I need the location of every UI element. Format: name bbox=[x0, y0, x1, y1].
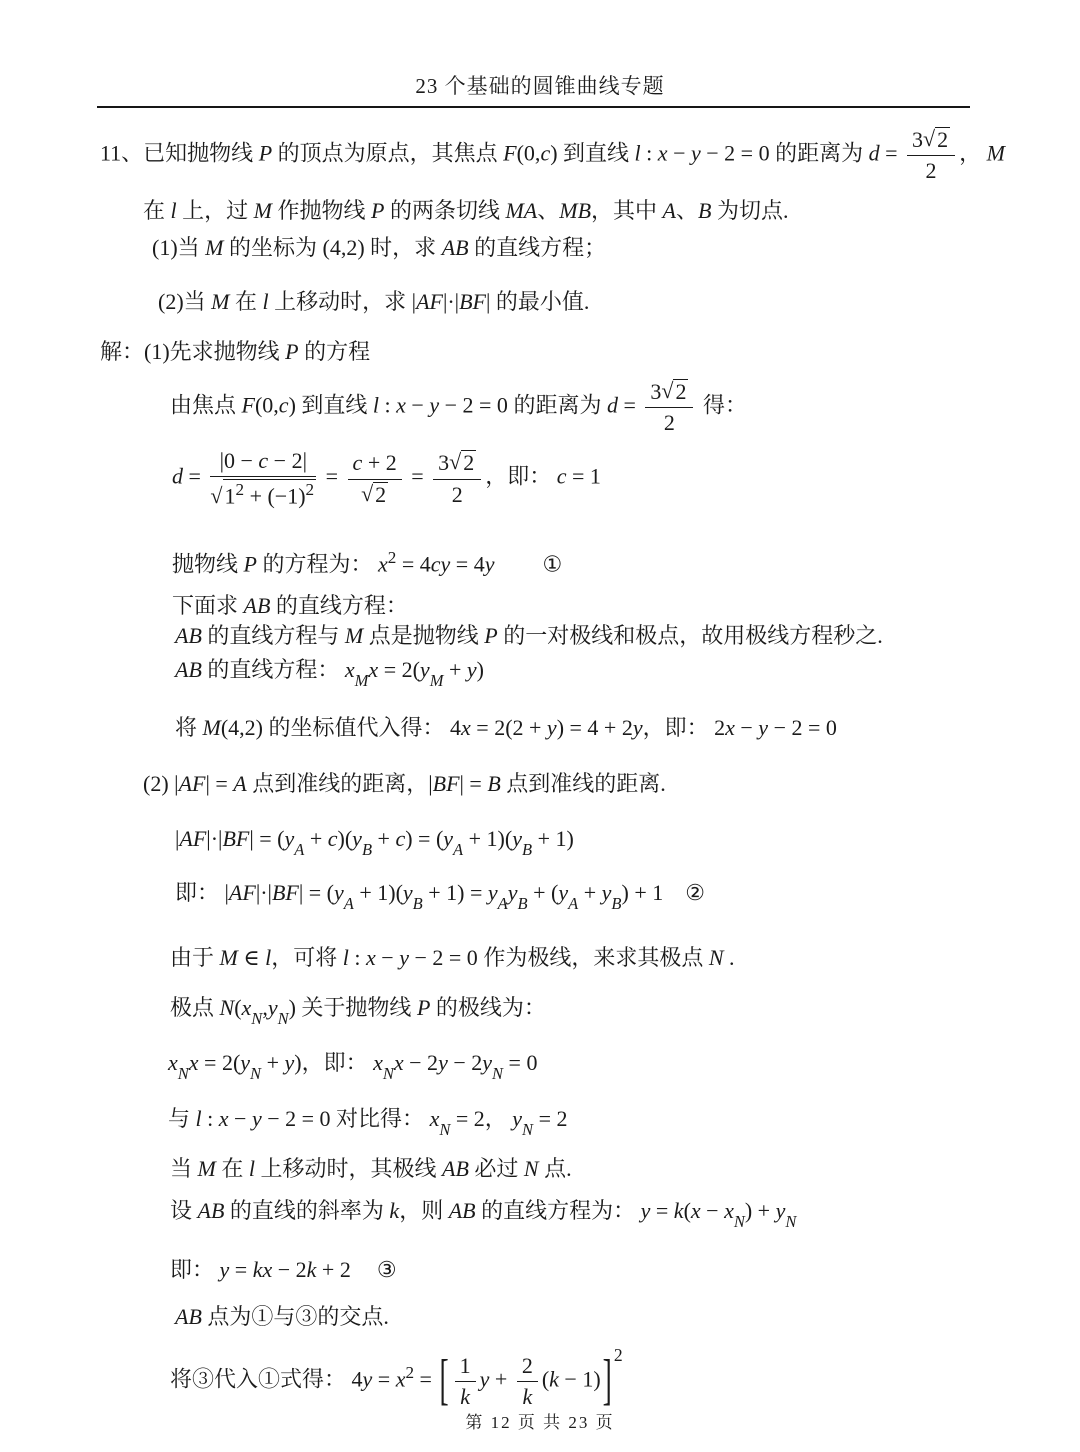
math-roman: ) = ( bbox=[405, 826, 443, 851]
text-run: 的坐标值代入得： bbox=[263, 715, 450, 740]
math-variable: N bbox=[220, 995, 235, 1020]
math-roman: + bbox=[443, 657, 466, 682]
text-run: 必过 bbox=[469, 1156, 524, 1181]
math-subscript: B bbox=[362, 840, 372, 859]
text-run: 由于 bbox=[170, 945, 220, 970]
text-run: 为切点. bbox=[711, 198, 788, 223]
math-subscript: N bbox=[734, 1212, 745, 1231]
math-variable: y bbox=[547, 715, 557, 740]
fraction-denominator: 2 bbox=[645, 408, 693, 436]
text-run: ， bbox=[959, 140, 987, 165]
text-run: ，可将 bbox=[271, 945, 343, 970]
math-roman: + ( bbox=[528, 880, 559, 905]
fraction-denominator: k bbox=[517, 1382, 538, 1410]
math-variable: AB bbox=[175, 1304, 202, 1329]
math-roman: ( bbox=[234, 995, 241, 1020]
math-subscript: N bbox=[251, 1009, 262, 1028]
problem-11-part2: (2)当 M 在 l 上移动时，求 |AF|·|BF| 的最小值. bbox=[158, 287, 589, 317]
solution-heading: 解：(1)先求抛物线 P 的方程 bbox=[100, 337, 370, 367]
polar-line-note: AB 的直线方程与 M 点是抛物线 P 的一对极线和极点，故用极线方程秒之. bbox=[175, 621, 883, 651]
find-ab-intro: 下面求 AB 的直线方程： bbox=[172, 591, 408, 621]
math-variable: c bbox=[395, 826, 405, 851]
math-fraction: 1k bbox=[455, 1352, 476, 1411]
math-roman: = bbox=[183, 464, 206, 489]
math-roman: − 2 bbox=[272, 1257, 306, 1282]
text-run: 到直线 bbox=[296, 392, 373, 417]
fraction-numerator: 1 bbox=[455, 1352, 476, 1382]
math-variable: M bbox=[205, 235, 223, 260]
math-subscript: B bbox=[518, 894, 528, 913]
text-run: 上移动时，其极线 bbox=[255, 1156, 442, 1181]
math-roman: . bbox=[724, 945, 735, 970]
math-variable: AB bbox=[442, 235, 469, 260]
solution-distance-equation: d = |0 − c − 2|√12 + (−1)2 = c + 2√2 = 3… bbox=[172, 447, 601, 510]
text-run: 得： bbox=[697, 392, 747, 417]
math-roman: 2 bbox=[522, 1353, 533, 1378]
text-run: ，即： bbox=[643, 715, 715, 740]
text-run: 极点 bbox=[170, 995, 220, 1020]
math-variable: kx bbox=[253, 1257, 273, 1282]
substitute-3-into-1: 将③代入①式得： 4y = x2 = [1ky + 2k(k − 1)]2 bbox=[170, 1340, 623, 1411]
af-bf-product: |AF|·|BF| = (yA + c)(yB + c) = (yA + 1)(… bbox=[175, 824, 574, 865]
text-run: 在 bbox=[143, 198, 171, 223]
math-roman: 2 bbox=[452, 482, 463, 507]
fraction-numerator: 3√2 bbox=[645, 378, 693, 408]
math-variable: k bbox=[460, 1384, 470, 1409]
fraction-denominator: √2 bbox=[348, 480, 402, 508]
math-roman: 1 bbox=[225, 484, 236, 509]
math-subscript: N bbox=[492, 1064, 503, 1083]
math-roman: − 1) bbox=[559, 1367, 601, 1392]
math-subscript: M bbox=[355, 671, 369, 690]
math-roman: 3 bbox=[912, 127, 923, 152]
math-roman: = bbox=[618, 392, 641, 417]
math-variable: F bbox=[242, 392, 255, 417]
math-variable: N bbox=[709, 945, 724, 970]
radicand: 2 bbox=[461, 450, 476, 476]
math-roman: + 1)( bbox=[463, 826, 512, 851]
math-roman: + 1) bbox=[532, 826, 574, 851]
ab-line-with-slope: 设 AB 的直线的斜率为 k，则 AB 的直线方程为： y = k(x − xN… bbox=[170, 1196, 796, 1237]
polar-pole-setup: 由于 M ∈ l，可将 l : x − y − 2 = 0 作为极线，来求其极点… bbox=[170, 943, 735, 973]
math-variable: M bbox=[345, 623, 363, 648]
fraction-numerator: 3√2 bbox=[907, 126, 955, 156]
math-variable: y bbox=[429, 392, 439, 417]
math-roman: = 2 bbox=[533, 1106, 567, 1131]
text-run: 由焦点 bbox=[170, 392, 242, 417]
math-roman: = 2( bbox=[378, 657, 420, 682]
math-variable: P bbox=[244, 552, 257, 577]
math-roman: + bbox=[372, 826, 395, 851]
text-run: 的距离为 bbox=[770, 140, 869, 165]
math-roman: − 2 = 0 bbox=[439, 392, 508, 417]
math-variable: A bbox=[233, 771, 246, 796]
math-variable: x bbox=[691, 1198, 701, 1223]
text-run: 的一对极线和极点，故用极线方程秒之. bbox=[498, 623, 883, 648]
solution-distance-setup: 由焦点 F(0,c) 到直线 l : x − y − 2 = 0 的距离为 d … bbox=[170, 378, 747, 437]
math-roman: ) bbox=[477, 657, 484, 682]
math-variable: B bbox=[698, 198, 711, 223]
math-roman: + 2 bbox=[362, 450, 396, 475]
math-exponent: 2 bbox=[614, 1345, 623, 1365]
text-run: 点是抛物线 bbox=[363, 623, 484, 648]
fraction-denominator: √12 + (−1)2 bbox=[210, 477, 316, 510]
math-variable: AF bbox=[179, 771, 206, 796]
math-roman: + 2 bbox=[316, 1257, 350, 1282]
text-run: 、 bbox=[676, 198, 698, 223]
math-variable: M bbox=[987, 140, 1005, 165]
math-subscript: A bbox=[294, 840, 304, 859]
text-run: 的顶点为原点，其焦点 bbox=[272, 140, 503, 165]
text-run: 的极线为： bbox=[430, 995, 546, 1020]
math-roman: + 1)( bbox=[354, 880, 403, 905]
math-variable: P bbox=[259, 140, 272, 165]
math-variable: y bbox=[512, 826, 522, 851]
radicand: 2 bbox=[373, 482, 388, 508]
math-variable: c bbox=[258, 448, 268, 473]
math-roman: = bbox=[406, 464, 429, 489]
text-run: 的直线方程； bbox=[469, 235, 607, 260]
math-roman: : bbox=[641, 140, 658, 165]
math-variable: x bbox=[658, 140, 668, 165]
math-variable: AB bbox=[449, 1198, 476, 1223]
math-variable: AB bbox=[198, 1198, 225, 1223]
math-variable: BF bbox=[459, 289, 486, 314]
math-roman: 2 bbox=[463, 450, 474, 475]
math-subscript: B bbox=[611, 894, 621, 913]
math-variable: y bbox=[240, 1050, 250, 1075]
math-roman: 2 bbox=[937, 127, 948, 152]
math-subscript: A bbox=[344, 894, 354, 913]
compare-with-l: 与 l : x − y − 2 = 0 对比得： xN = 2， yN = 2 bbox=[168, 1104, 567, 1145]
math-variable: x bbox=[219, 1106, 229, 1131]
math-variable: y bbox=[633, 715, 643, 740]
fraction-denominator: 2 bbox=[907, 156, 955, 184]
math-sqrt: √2 bbox=[361, 482, 388, 507]
math-variable: k bbox=[307, 1257, 317, 1282]
text-run: 的两条切线 bbox=[384, 198, 505, 223]
math-sqrt: √2 bbox=[661, 379, 688, 404]
math-roman: = bbox=[229, 1257, 252, 1282]
math-variable: c bbox=[557, 464, 567, 489]
math-roman: (4,2) bbox=[221, 715, 263, 740]
math-variable: x bbox=[378, 552, 388, 577]
radical-sign-icon: √ bbox=[923, 126, 935, 152]
math-variable: x bbox=[168, 1050, 178, 1075]
math-fraction: 3√22 bbox=[645, 378, 693, 437]
math-variable: k bbox=[522, 1384, 532, 1409]
math-variable: d bbox=[869, 140, 880, 165]
math-variable: BF bbox=[222, 826, 249, 851]
text-run: 点为①与③的交点. bbox=[202, 1304, 389, 1329]
math-subscript: N bbox=[439, 1120, 450, 1139]
math-variable: y bbox=[399, 945, 409, 970]
math-variable: y bbox=[363, 1367, 373, 1392]
math-variable: y bbox=[758, 715, 768, 740]
math-variable: A bbox=[663, 198, 676, 223]
text-run: 的距离为 bbox=[508, 392, 607, 417]
bracket-delimiter: [ bbox=[439, 1349, 448, 1411]
math-variable: B bbox=[487, 771, 500, 796]
radical-sign-icon: √ bbox=[661, 378, 673, 404]
radicand: 2 bbox=[673, 379, 688, 405]
math-variable: MA bbox=[505, 198, 537, 223]
math-subscript: N bbox=[785, 1212, 796, 1231]
text-run: 下面求 bbox=[172, 593, 244, 618]
math-variable: P bbox=[285, 339, 298, 364]
text-run: 的直线方程为： bbox=[476, 1198, 641, 1223]
text-run: 抛物线 bbox=[172, 552, 244, 577]
n-point-conclusion: 当 M 在 l 上移动时，其极线 AB 必过 N 点. bbox=[170, 1154, 572, 1184]
fraction-numerator: 3√2 bbox=[433, 449, 481, 479]
math-variable: M bbox=[211, 289, 229, 314]
math-variable: x bbox=[724, 1198, 734, 1223]
math-fraction: 3√22 bbox=[907, 126, 955, 185]
math-roman: ① bbox=[542, 552, 562, 577]
problem-11-statement-2: 在 l 上，过 M 作抛物线 P 的两条切线 MA、MB，其中 A、B 为切点. bbox=[143, 196, 788, 226]
math-variable: d bbox=[172, 464, 183, 489]
math-variable: c bbox=[328, 826, 338, 851]
math-roman: = bbox=[880, 140, 903, 165]
math-roman: (2) bbox=[158, 289, 184, 314]
math-roman: = 4 bbox=[396, 552, 430, 577]
math-roman: = bbox=[650, 1198, 673, 1223]
math-variable: AB bbox=[244, 593, 271, 618]
text-run: 的坐标为 bbox=[224, 235, 323, 260]
text-run: 的方程 bbox=[299, 339, 371, 364]
math-roman: |·| bbox=[443, 289, 459, 314]
math-variable: y bbox=[488, 880, 498, 905]
math-roman: ) bbox=[289, 392, 296, 417]
math-roman: + (−1) bbox=[244, 484, 305, 509]
text-run: 11、已知抛物线 bbox=[100, 140, 259, 165]
af-bf-product-expanded: 即： |AF|·|BF| = (yA + 1)(yB + 1) = yAyB +… bbox=[175, 878, 705, 919]
fraction-denominator: 2 bbox=[433, 480, 481, 508]
text-run: 将③代入①式得： bbox=[170, 1367, 352, 1392]
math-variable: x bbox=[189, 1050, 199, 1075]
math-variable: y bbox=[482, 1050, 492, 1075]
math-fraction: |0 − c − 2|√12 + (−1)2 bbox=[210, 447, 316, 510]
math-variable: k bbox=[674, 1198, 684, 1223]
math-roman: − bbox=[701, 1198, 724, 1223]
math-variable: y bbox=[558, 880, 568, 905]
text-run: 与 bbox=[168, 1106, 196, 1131]
text-run: 当 bbox=[170, 1156, 198, 1181]
text-run: 解：(1)先求抛物线 bbox=[100, 339, 285, 364]
math-variable: AB bbox=[175, 623, 202, 648]
math-variable: x bbox=[373, 1050, 383, 1075]
math-roman: ∈ bbox=[238, 945, 265, 970]
math-roman: + bbox=[489, 1367, 512, 1392]
text-run: 即： bbox=[170, 1257, 220, 1282]
math-roman: 2 bbox=[714, 715, 725, 740]
text-run: 上移动时，求 bbox=[269, 289, 412, 314]
math-roman: ② bbox=[685, 880, 705, 905]
math-roman: ( bbox=[684, 1198, 691, 1223]
math-subscript: N bbox=[278, 1009, 289, 1028]
pole-n-polar-line: 极点 N(xN,yN) 关于抛物线 P 的极线为： bbox=[170, 993, 546, 1034]
math-roman: = 1 bbox=[567, 464, 601, 489]
text-run: 点到准线的距离， bbox=[247, 771, 429, 796]
math-variable: x bbox=[345, 657, 355, 682]
math-variable: x bbox=[366, 945, 376, 970]
text-run: 上，过 bbox=[177, 198, 254, 223]
math-sqrt: √2 bbox=[923, 127, 950, 152]
math-variable: y bbox=[443, 826, 453, 851]
math-roman: )( bbox=[338, 826, 353, 851]
math-variable: M bbox=[203, 715, 221, 740]
page-number-label: 第 12 页 共 23 页 bbox=[0, 1408, 1080, 1433]
math-roman: (0, bbox=[517, 140, 541, 165]
math-variable: x bbox=[725, 715, 735, 740]
math-variable: x bbox=[394, 1050, 404, 1075]
math-variable: c bbox=[353, 450, 363, 475]
fraction-numerator: c + 2 bbox=[348, 449, 402, 479]
math-variable: AF bbox=[416, 289, 443, 314]
part2-af-bf-definition: (2) |AF| = A 点到准线的距离，|BF| = B 点到准线的距离. bbox=[143, 769, 666, 799]
problem-11-part1: (1)当 M 的坐标为 (4,2) 时，求 AB 的直线方程； bbox=[152, 233, 606, 263]
math-roman: (1) bbox=[152, 235, 178, 260]
math-variable: y bbox=[268, 995, 278, 1020]
math-roman: 2 bbox=[375, 482, 386, 507]
math-variable: y bbox=[420, 657, 430, 682]
math-roman: = 2 bbox=[450, 1106, 484, 1131]
text-run: 的直线的斜率为 bbox=[224, 1198, 389, 1223]
math-roman: = 2(2 + bbox=[471, 715, 547, 740]
math-roman: = bbox=[414, 1367, 437, 1392]
fraction-denominator: k bbox=[455, 1382, 476, 1410]
math-variable: y bbox=[508, 880, 518, 905]
math-roman: ) + 1 bbox=[622, 880, 664, 905]
math-roman: ) + bbox=[745, 1198, 776, 1223]
radicand: 2 bbox=[935, 127, 950, 153]
text-run: 的直线方程： bbox=[270, 593, 408, 618]
math-roman: = 2( bbox=[199, 1050, 241, 1075]
math-fraction: c + 2√2 bbox=[348, 449, 402, 508]
text-run: ，其中 bbox=[591, 198, 663, 223]
text-run: 关于抛物线 bbox=[296, 995, 417, 1020]
text-run: 在 bbox=[216, 1156, 249, 1181]
math-variable: P bbox=[371, 198, 384, 223]
math-variable: P bbox=[417, 995, 430, 1020]
math-variable: P bbox=[484, 623, 497, 648]
math-variable: y bbox=[220, 1257, 230, 1282]
math-variable: x bbox=[396, 392, 406, 417]
math-variable: c bbox=[540, 140, 550, 165]
math-roman: ③ bbox=[377, 1257, 397, 1282]
math-roman: 4 bbox=[352, 1367, 363, 1392]
math-roman: − 2 = 0 bbox=[768, 715, 837, 740]
substitute-m-coords: 将 M(4,2) 的坐标值代入得： 4x = 2(2 + y) = 4 + 2y… bbox=[175, 713, 837, 743]
radical-sign-icon: √ bbox=[210, 483, 222, 509]
radicand: 12 + (−1)2 bbox=[223, 479, 317, 509]
math-roman: + bbox=[578, 880, 601, 905]
math-variable: x bbox=[430, 1106, 440, 1131]
math-superscript: 2 bbox=[405, 1363, 414, 1382]
math-roman: |0 − bbox=[220, 448, 259, 473]
math-roman: |·| bbox=[256, 880, 272, 905]
math-sqrt: √12 + (−1)2 bbox=[210, 484, 316, 509]
text-run: 时，求 bbox=[365, 235, 442, 260]
parabola-equation: 抛物线 P 的方程为： x2 = 4cy = 4y① bbox=[172, 543, 562, 580]
document-page: 23 个基础的圆锥曲线专题 11、已知抛物线 P 的顶点为原点，其焦点 F(0,… bbox=[0, 0, 1080, 1452]
math-variable: y bbox=[334, 880, 344, 905]
math-roman: = bbox=[320, 464, 343, 489]
ab-intersection-note: AB 点为①与③的交点. bbox=[175, 1302, 389, 1332]
math-roman: ) bbox=[550, 140, 557, 165]
math-variable: y bbox=[252, 1106, 262, 1131]
math-roman: − 2 = 0 bbox=[262, 1106, 331, 1131]
math-sqrt: √2 bbox=[449, 450, 476, 475]
math-subscript: M bbox=[430, 671, 444, 690]
text-run: 对比得： bbox=[331, 1106, 430, 1131]
math-subscript: A bbox=[498, 894, 508, 913]
text-run: ，即： bbox=[485, 464, 557, 489]
math-roman: − 2 = 0 bbox=[701, 140, 770, 165]
math-roman: 3 bbox=[438, 450, 449, 475]
math-variable: y bbox=[480, 1367, 490, 1392]
math-roman: 4 bbox=[450, 715, 461, 740]
math-roman: − bbox=[376, 945, 399, 970]
math-roman: − 2| bbox=[268, 448, 307, 473]
math-variable: cy bbox=[431, 552, 451, 577]
math-variable: y bbox=[352, 826, 362, 851]
radical-sign-icon: √ bbox=[449, 449, 461, 475]
math-roman: − bbox=[668, 140, 691, 165]
math-variable: BF bbox=[433, 771, 460, 796]
text-run: 、 bbox=[537, 198, 559, 223]
math-roman: − bbox=[735, 715, 758, 740]
text-run: ，即： bbox=[302, 1050, 374, 1075]
math-variable: y bbox=[776, 1198, 786, 1223]
text-run: 的方程为： bbox=[257, 552, 378, 577]
math-subscript: A bbox=[568, 894, 578, 913]
math-fraction: 2k bbox=[517, 1352, 538, 1411]
math-variable: d bbox=[607, 392, 618, 417]
math-roman: − bbox=[406, 392, 429, 417]
text-run: 将 bbox=[175, 715, 203, 740]
bracket-delimiter: ] bbox=[603, 1349, 612, 1411]
text-run: 点. bbox=[539, 1156, 572, 1181]
math-roman: − 2 = 0 bbox=[409, 945, 478, 970]
math-variable: M bbox=[254, 198, 272, 223]
pole-n-equation: xNx = 2(yN + y)，即： xNx − 2y − 2yN = 0 bbox=[168, 1048, 537, 1089]
math-variable: M bbox=[198, 1156, 216, 1181]
math-roman: 3 bbox=[650, 379, 661, 404]
math-variable: y bbox=[602, 880, 612, 905]
math-variable: y bbox=[512, 1106, 522, 1131]
math-subscript: N bbox=[383, 1064, 394, 1083]
math-roman: | = bbox=[205, 771, 233, 796]
math-variable: F bbox=[503, 140, 516, 165]
math-variable: y bbox=[438, 1050, 448, 1075]
math-subscript: B bbox=[413, 894, 423, 913]
math-roman: | = ( bbox=[249, 826, 284, 851]
math-roman: : bbox=[202, 1106, 219, 1131]
math-roman: 2 bbox=[675, 379, 686, 404]
text-run: 到直线 bbox=[558, 140, 635, 165]
math-variable: y bbox=[403, 880, 413, 905]
text-run: ， bbox=[485, 1106, 513, 1131]
math-variable: AB bbox=[175, 657, 202, 682]
text-run: 设 bbox=[170, 1198, 198, 1223]
text-run: 的直线方程与 bbox=[202, 623, 345, 648]
math-subscript: N bbox=[178, 1064, 189, 1083]
math-variable: x bbox=[461, 715, 471, 740]
math-variable: BF bbox=[272, 880, 299, 905]
math-variable: k bbox=[549, 1367, 559, 1392]
math-roman: 2 bbox=[664, 410, 675, 435]
